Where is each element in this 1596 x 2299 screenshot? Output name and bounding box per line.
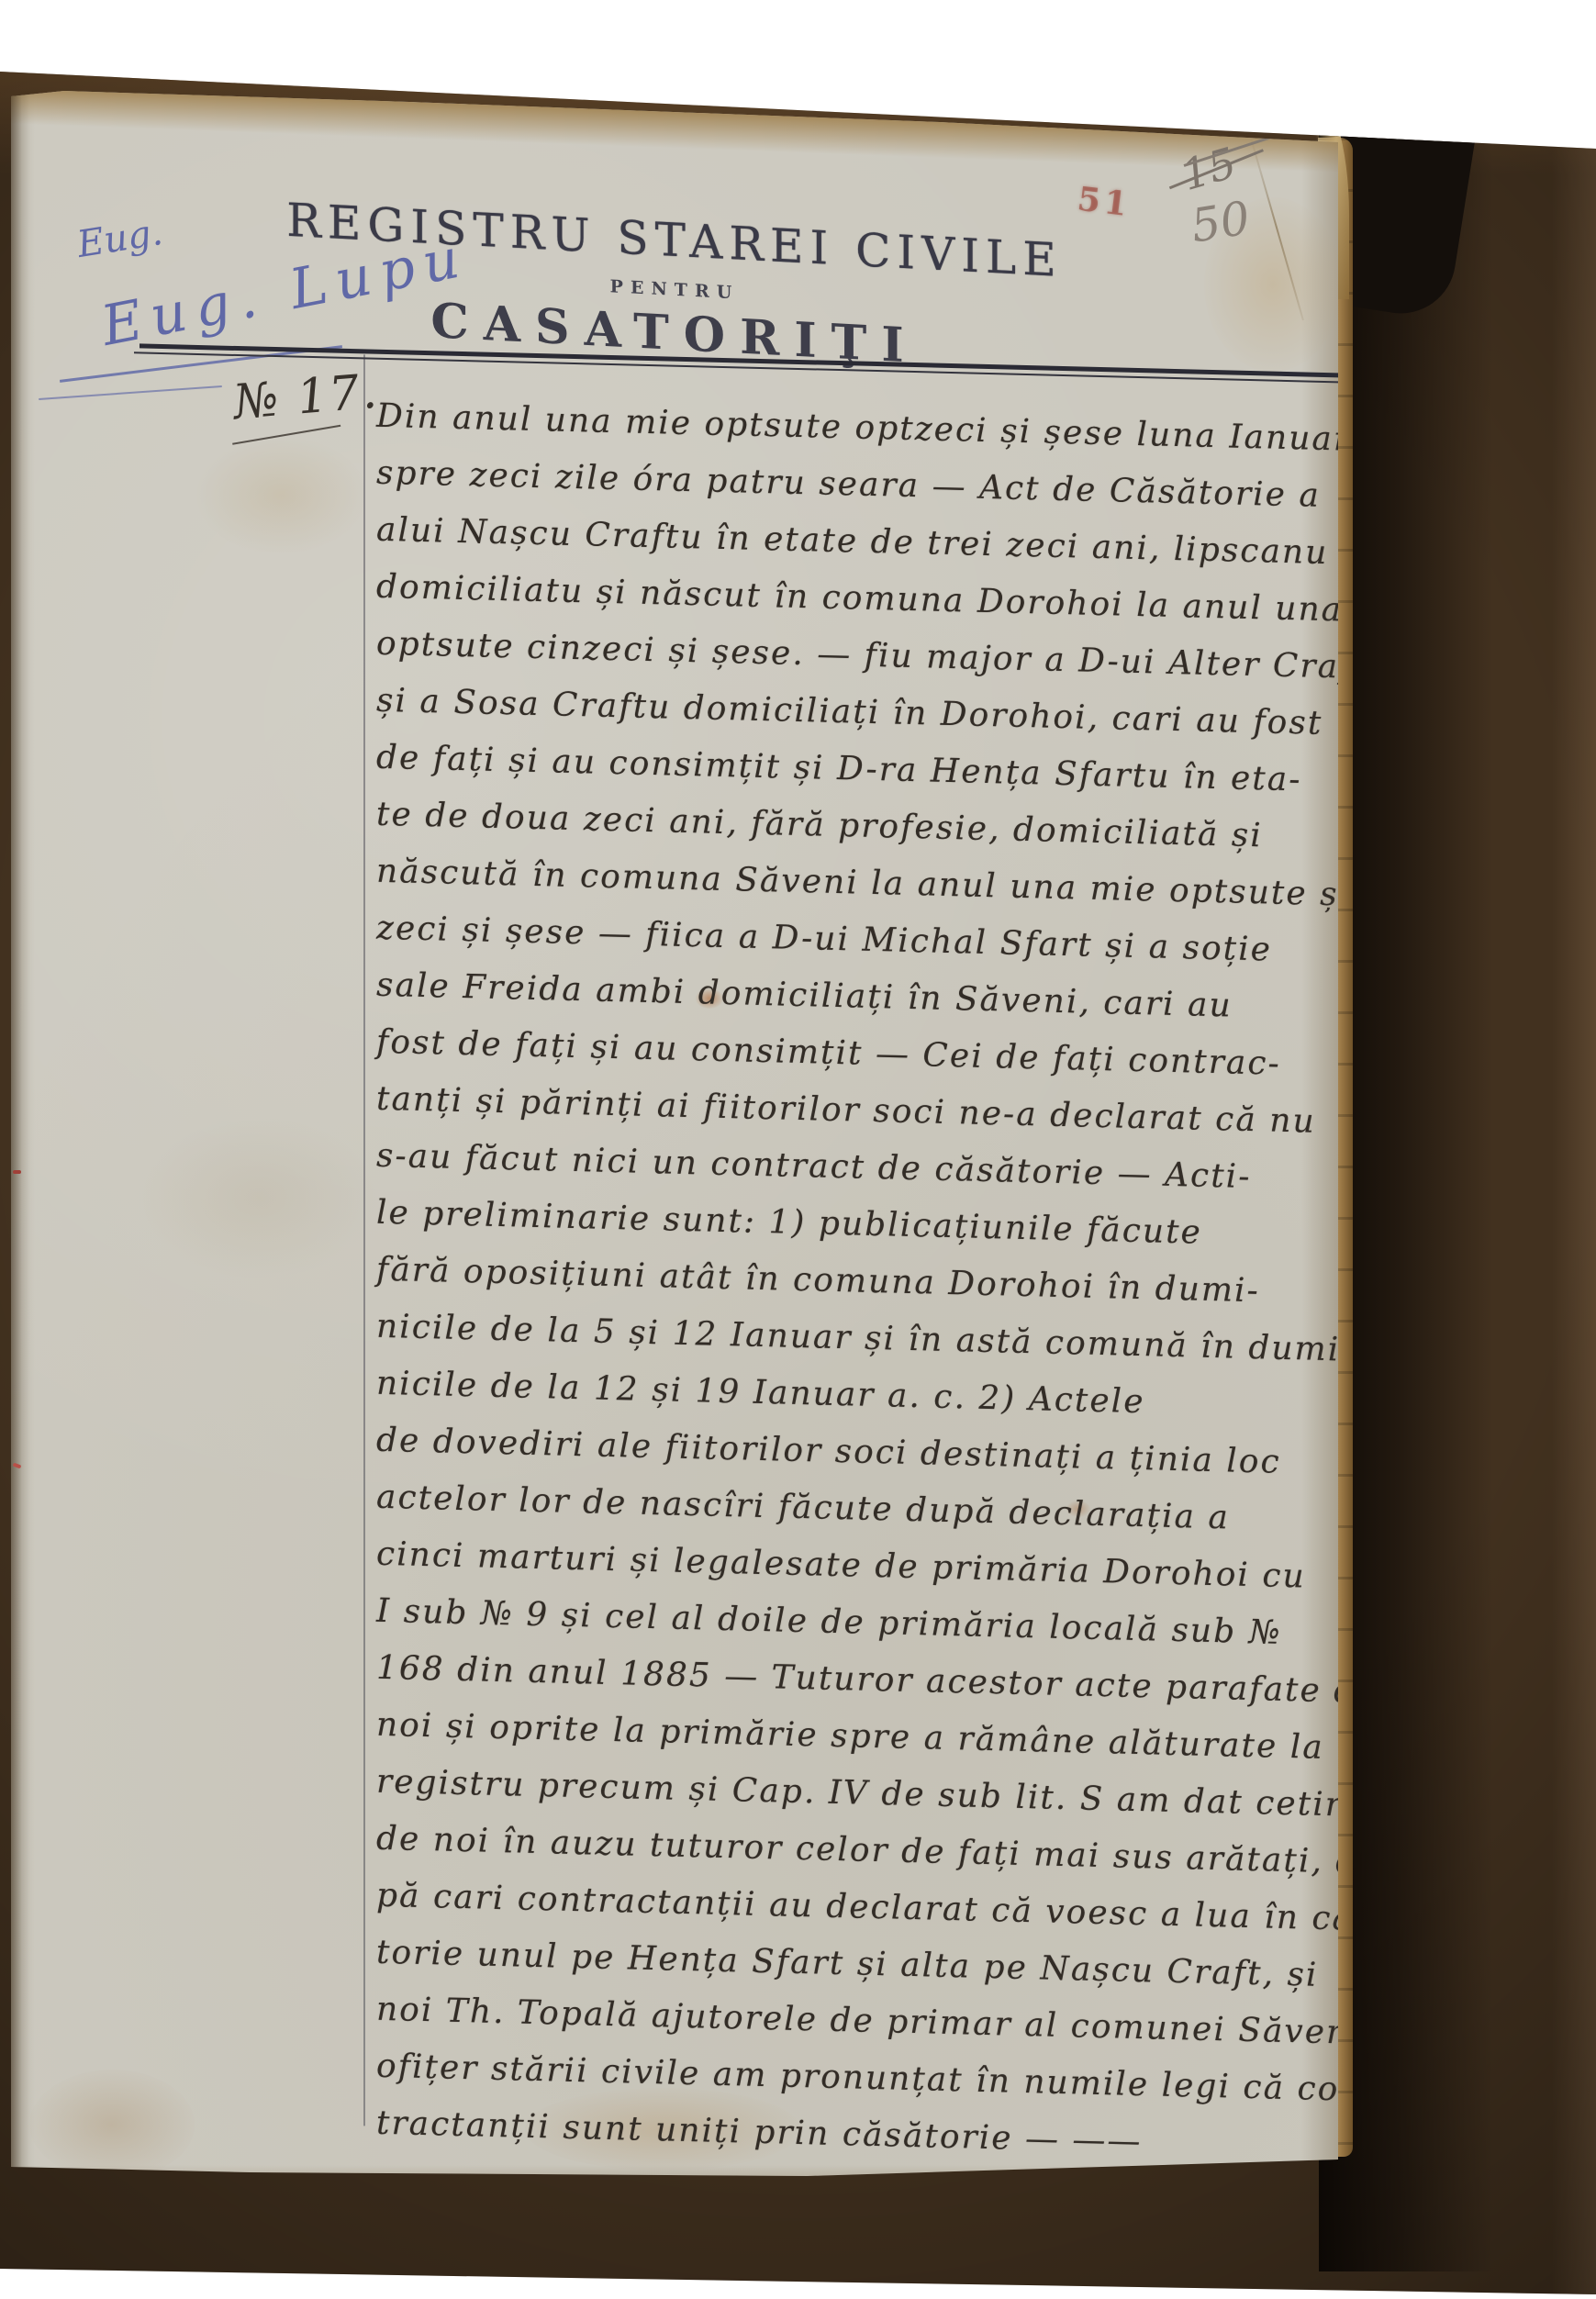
- manuscript-area: № 17. Din anul una mie optsute optzeci ș…: [11, 87, 1338, 2223]
- photo-of-register-book: 15 50 51 Eug. Eug. Lupu REGISTRU STAREI …: [0, 0, 1596, 2299]
- act-number: № 17.: [230, 364, 381, 431]
- manuscript-text: Din anul una mie optsute optzeci și șese…: [376, 388, 1331, 2175]
- margin-vertical-rule: [363, 354, 365, 2126]
- register-page: 15 50 51 Eug. Eug. Lupu REGISTRU STAREI …: [11, 87, 1338, 2191]
